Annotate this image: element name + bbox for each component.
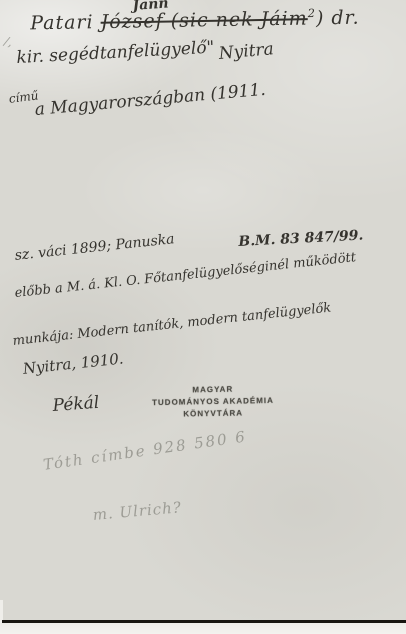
handwritten-line-birth: sz. váci 1899; Panuska <box>14 231 175 264</box>
name-suffix: ) dr. <box>316 7 360 30</box>
name-superscript: 2 <box>308 6 316 20</box>
margin-mark: /, <box>3 34 14 49</box>
scan-bottom-margin <box>0 623 406 634</box>
handwritten-line-work: munkája: Modern tanítók, modern tanfelüg… <box>12 301 332 349</box>
name-struck-text: József (sic nek Jáim <box>100 7 307 33</box>
name-prefix: Patari <box>30 11 101 34</box>
handwritten-line-title: kir. segédtanfelügyelő" <box>16 38 215 68</box>
library-stamp: MAGYAR TUDOMÁNYOS AKADÉMIA KÖNYVTÁRA <box>148 383 279 421</box>
handwritten-place-nyitra: Nyitra <box>218 39 275 64</box>
handwritten-line-magyarorszagban: a Magyarországban (1911. <box>34 80 266 120</box>
handwritten-place-year: Nyitra, 1910. <box>22 349 124 377</box>
handwritten-signature: Pékál <box>52 393 100 416</box>
pencil-note-second: m. Ulrich? <box>92 498 183 524</box>
scanned-document-page: Jann Patari József (sic nek Jáim2) dr. /… <box>0 0 406 634</box>
stamp-line-3: KÖNYVTÁRA <box>148 407 278 421</box>
handwritten-line-name: Patari József (sic nek Jáim2) dr. <box>30 5 360 34</box>
handwritten-bm-number: B.M. 83 847/99. <box>238 227 364 250</box>
pencil-note-number: Tóth címbe 928 580 6 <box>42 427 248 473</box>
